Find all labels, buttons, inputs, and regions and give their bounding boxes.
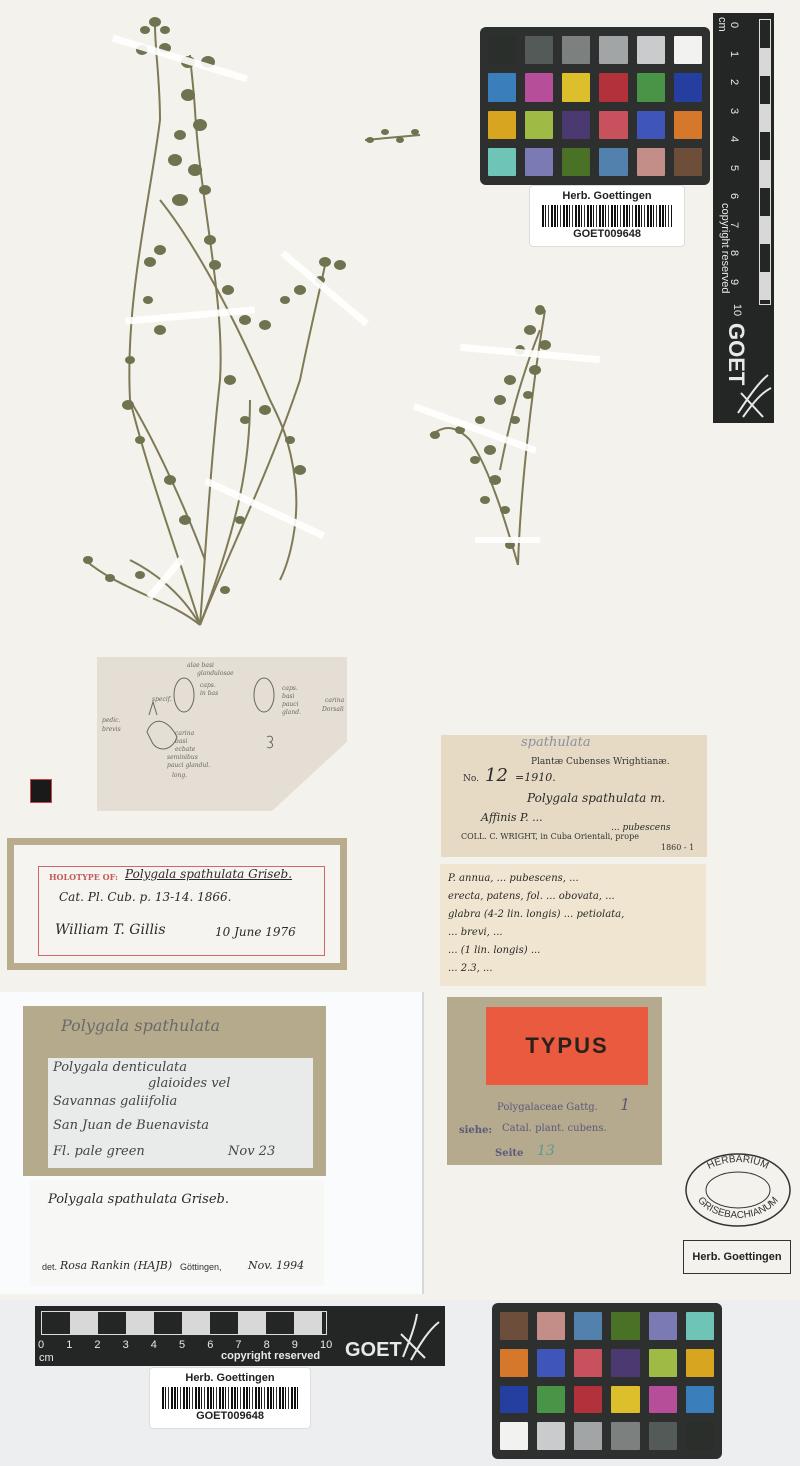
goet-logo: GOET	[345, 1339, 402, 1362]
barcode-number: GOET009648	[150, 1410, 310, 1422]
ruler-tick: 0	[728, 22, 740, 28]
typus-banner: TYPUS	[486, 1007, 648, 1085]
ruler-tick: 0	[38, 1339, 44, 1351]
herbarium-name: Herb. Goettingen	[530, 186, 684, 202]
wright-taxon: Polygala spathulata m.	[527, 791, 665, 805]
determiner-name: Rosa Rankin (HAJB)	[60, 1259, 172, 1272]
color-swatch	[574, 1386, 602, 1414]
herbarium-name: Herb. Goettingen	[150, 1368, 310, 1384]
color-swatch	[562, 36, 590, 64]
collector-line: COLL. C. WRIGHT, in Cuba Orientali, prop…	[461, 832, 639, 841]
color-swatch	[637, 73, 665, 101]
ruler-tick-labels: 012345678910	[731, 19, 745, 319]
barcode-label-top: Herb. Goettingen GOET009648	[530, 186, 684, 246]
ruler-tick: 1	[728, 50, 740, 56]
color-swatch	[674, 148, 702, 176]
ruler-tick: 4	[151, 1339, 157, 1351]
herbarium-stamp: HERBARIUM GRISEBACHIANUM	[683, 1150, 793, 1230]
color-swatch	[686, 1349, 714, 1377]
color-swatch	[649, 1422, 677, 1450]
ruler-tick: 6	[728, 193, 740, 199]
color-swatch	[611, 1312, 639, 1340]
color-swatch	[500, 1349, 528, 1377]
color-swatch	[562, 148, 590, 176]
color-swatch	[599, 36, 627, 64]
color-swatch	[562, 73, 590, 101]
barcode-icon	[162, 1387, 298, 1409]
color-swatch	[674, 111, 702, 139]
description-line: ... brevi, ...	[448, 924, 698, 942]
svg-text:basi: basi	[175, 738, 187, 745]
ruler-scale-bar	[41, 1311, 327, 1335]
original-line-2: glaioides vel	[148, 1076, 230, 1091]
svg-text:in bas: in bas	[200, 690, 218, 697]
ruler-tick: 6	[207, 1339, 213, 1351]
typus-page-prefix: Seite	[495, 1148, 523, 1159]
color-swatch	[674, 73, 702, 101]
det-place: Göttingen,	[180, 1262, 222, 1272]
svg-text:glandulosae: glandulosae	[197, 670, 234, 677]
holotype-date: 10 June 1976	[215, 925, 296, 939]
det-prefix: det.	[42, 1262, 57, 1272]
svg-text:ecbate: ecbate	[175, 746, 196, 753]
color-swatch	[500, 1386, 528, 1414]
color-swatch	[537, 1422, 565, 1450]
barcode-number: GOET009648	[530, 228, 684, 240]
wright-collection-label: spathulata Plantæ Cubenses Wrightianæ. N…	[441, 735, 707, 857]
ruler-unit: cm	[39, 1352, 54, 1364]
color-swatch	[537, 1312, 565, 1340]
svg-text:alae basi: alae basi	[187, 662, 214, 669]
small-tag	[30, 779, 52, 803]
label-header-taxon: Polygala spathulata	[61, 1016, 220, 1035]
typus-label: TYPUS Polygalaceae Gattg. 1 siehe: Catal…	[447, 997, 662, 1165]
color-swatch	[637, 111, 665, 139]
ruler-unit: cm	[716, 17, 728, 32]
description-line: erecta, patens, fol. ... obovata, ...	[448, 888, 698, 906]
svg-text:basi: basi	[282, 693, 294, 700]
ruler-tick: 3	[728, 107, 740, 113]
holotype-taxon: Polygala spathulata Griseb.	[125, 867, 292, 881]
annotation: spathulata	[521, 735, 591, 750]
goet-leaf-logo-icon	[397, 1312, 441, 1362]
color-swatch	[488, 73, 516, 101]
determination-label: Polygala spathulata Griseb. det. Rosa Ra…	[30, 1180, 324, 1286]
svg-text:HERBARIUM: HERBARIUM	[706, 1154, 771, 1172]
ruler-copyright: copyright reserved	[221, 1350, 320, 1362]
color-swatch	[686, 1422, 714, 1450]
color-swatch	[525, 111, 553, 139]
ruler-copyright: copyright reserved	[719, 203, 731, 294]
color-swatch	[686, 1386, 714, 1414]
svg-text:gland.: gland.	[282, 709, 301, 716]
original-line-3: Savannas galiifolia	[53, 1094, 177, 1109]
color-swatch	[649, 1386, 677, 1414]
color-swatch	[574, 1312, 602, 1340]
color-swatch	[599, 111, 627, 139]
description-line: ... 2.3, ...	[448, 960, 698, 978]
typus-family-number: 1	[620, 1095, 630, 1114]
color-checker-bottom	[492, 1303, 722, 1459]
color-swatch	[611, 1386, 639, 1414]
typus-page: 13	[537, 1143, 555, 1159]
typus-family: Polygalaceae Gattg.	[497, 1102, 598, 1113]
color-swatch	[525, 36, 553, 64]
det-date: Nov. 1994	[248, 1259, 304, 1272]
color-swatch	[562, 111, 590, 139]
description-line: glabra (4-2 lin. longis) ... petiolata,	[448, 906, 698, 924]
svg-text:long.: long.	[172, 772, 187, 779]
color-swatch	[537, 1349, 565, 1377]
number-prefix: No.	[463, 774, 479, 784]
svg-text:caps.: caps.	[282, 685, 298, 692]
color-swatch	[488, 36, 516, 64]
color-swatch	[649, 1349, 677, 1377]
svg-text:seminibus: seminibus	[167, 754, 198, 761]
stamp-box-text: Herb. Goettingen	[692, 1251, 781, 1263]
color-swatch	[488, 111, 516, 139]
color-swatch	[500, 1312, 528, 1340]
color-swatch	[674, 36, 702, 64]
original-line-5: Fl. pale green	[53, 1144, 145, 1159]
description-label: P. annua, ... pubescens, ...erecta, pate…	[440, 864, 706, 986]
holotype-signature: William T. Gillis	[55, 922, 166, 938]
typus-ref-prefix: siehe:	[459, 1125, 492, 1136]
description-line: P. annua, ... pubescens, ...	[448, 870, 698, 888]
color-swatch	[488, 148, 516, 176]
color-swatch	[537, 1386, 565, 1414]
color-swatch	[500, 1422, 528, 1450]
typus-title: TYPUS	[525, 1033, 608, 1059]
herbarium-box-stamp: Herb. Goettingen	[683, 1240, 791, 1274]
svg-text:pauci glandul.: pauci glandul.	[167, 762, 210, 769]
ruler-tick: 10	[320, 1339, 332, 1351]
svg-text:carina: carina	[175, 730, 195, 737]
det-taxon: Polygala spathulata Griseb.	[48, 1192, 229, 1207]
color-swatch	[574, 1349, 602, 1377]
stamp-oval-icon: HERBARIUM GRISEBACHIANUM	[683, 1150, 793, 1230]
color-swatch	[611, 1422, 639, 1450]
color-swatch	[611, 1349, 639, 1377]
svg-text:specif.: specif.	[152, 696, 172, 703]
collection-number: 12	[485, 765, 508, 786]
ruler-tick: 3	[123, 1339, 129, 1351]
ruler-tick: 5	[179, 1339, 185, 1351]
color-swatch	[686, 1312, 714, 1340]
color-swatch	[525, 73, 553, 101]
original-line-1: Polygala denticulata	[53, 1060, 187, 1075]
original-date: Nov 23	[228, 1144, 275, 1159]
scale-ruler-horizontal: 012345678910 cm copyright reserved GOET	[35, 1306, 445, 1366]
color-swatch	[574, 1422, 602, 1450]
ruler-tick: 2	[728, 79, 740, 85]
number-suffix: =1910.	[515, 771, 556, 784]
color-swatch	[525, 148, 553, 176]
holotype-label: HOLOTYPE OF: Polygala spathulata Griseb.…	[7, 838, 347, 970]
svg-text:carina: carina	[325, 697, 345, 704]
ruler-scale-bar	[759, 19, 771, 305]
color-swatch	[599, 73, 627, 101]
label-header: Plantæ Cubenses Wrightianæ.	[531, 757, 670, 767]
color-swatch	[637, 148, 665, 176]
original-line-4: San Juan de Buenavista	[53, 1118, 209, 1133]
ruler-tick: 2	[94, 1339, 100, 1351]
affinity-note: Affinis P. ...	[481, 811, 543, 824]
scale-ruler-vertical: cm 012345678910 copyright reserved GOET	[713, 13, 774, 423]
goet-leaf-logo-icon	[733, 373, 773, 421]
svg-text:pauci: pauci	[282, 701, 299, 708]
ruler-tick: 10	[731, 304, 743, 316]
original-label: Polygala spathulata Polygala denticulata…	[23, 1006, 326, 1176]
color-checker-top	[480, 27, 710, 185]
svg-text:caps.: caps.	[200, 682, 216, 689]
color-swatch	[599, 148, 627, 176]
ruler-tick: 4	[728, 136, 740, 142]
color-swatch	[649, 1312, 677, 1340]
ruler-tick: 1	[66, 1339, 72, 1351]
description-line: ... (1 lin. longis) ...	[448, 942, 698, 960]
svg-text:brevis: brevis	[102, 726, 121, 733]
barcode-icon	[542, 205, 672, 227]
svg-text:Dorsali: Dorsali	[321, 706, 344, 713]
typus-reference: Catal. plant. cubens.	[502, 1123, 607, 1134]
color-swatch	[637, 36, 665, 64]
collection-year: 1860 - 1	[661, 843, 694, 852]
holotype-prefix: HOLOTYPE OF:	[49, 872, 118, 882]
ruler-tick: 5	[728, 164, 740, 170]
barcode-label-bottom: Herb. Goettingen GOET009648	[150, 1368, 310, 1428]
holotype-citation: Cat. Pl. Cub. p. 13-14. 1866.	[59, 890, 231, 904]
svg-text:pedic.: pedic.	[102, 717, 121, 724]
